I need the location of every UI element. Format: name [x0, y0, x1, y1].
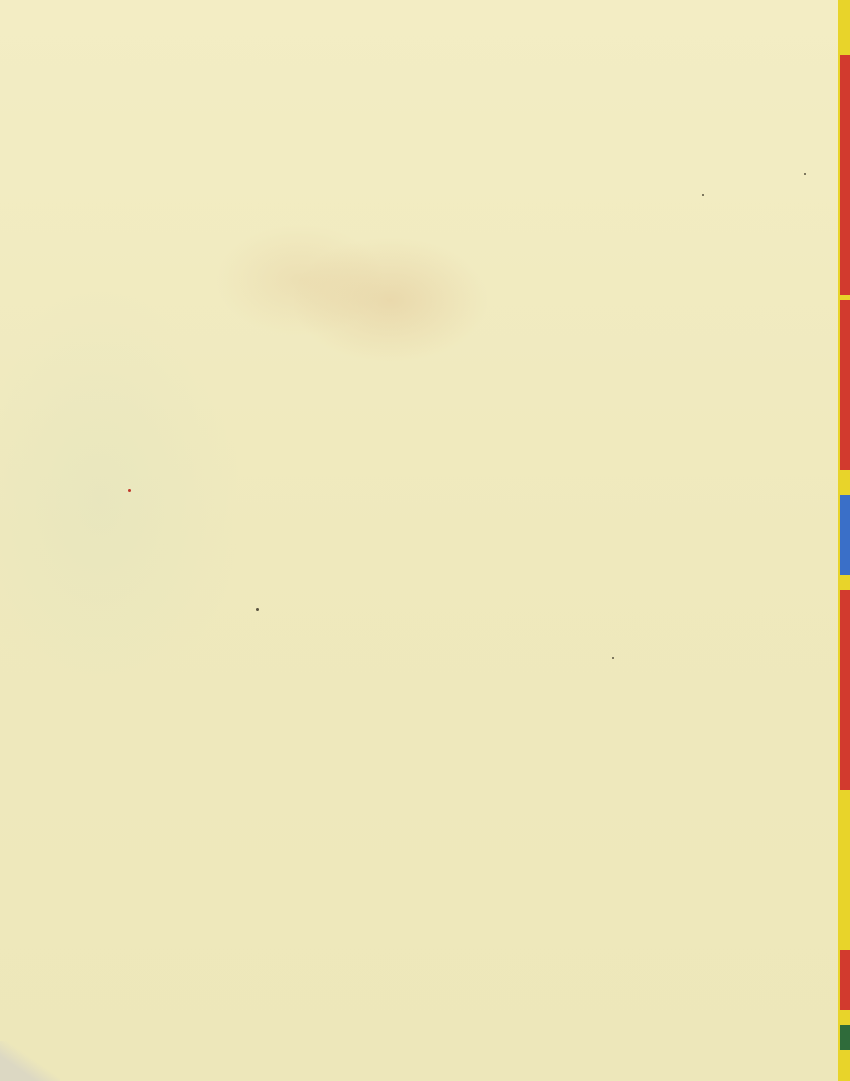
spine-edge: [838, 0, 850, 1081]
spine-band-blue: [840, 495, 850, 575]
speck: [256, 608, 259, 611]
speck: [612, 657, 614, 659]
speck: [804, 173, 806, 175]
spine-band-red: [840, 300, 850, 470]
speck: [702, 194, 704, 196]
spine-band-red: [840, 55, 850, 295]
spine-band-red: [840, 950, 850, 1010]
spine-band-red: [840, 590, 850, 790]
spine-band-green: [840, 1025, 850, 1050]
speck: [128, 489, 131, 492]
corner-wear: [0, 1041, 60, 1081]
book-back-cover: [0, 0, 838, 1081]
